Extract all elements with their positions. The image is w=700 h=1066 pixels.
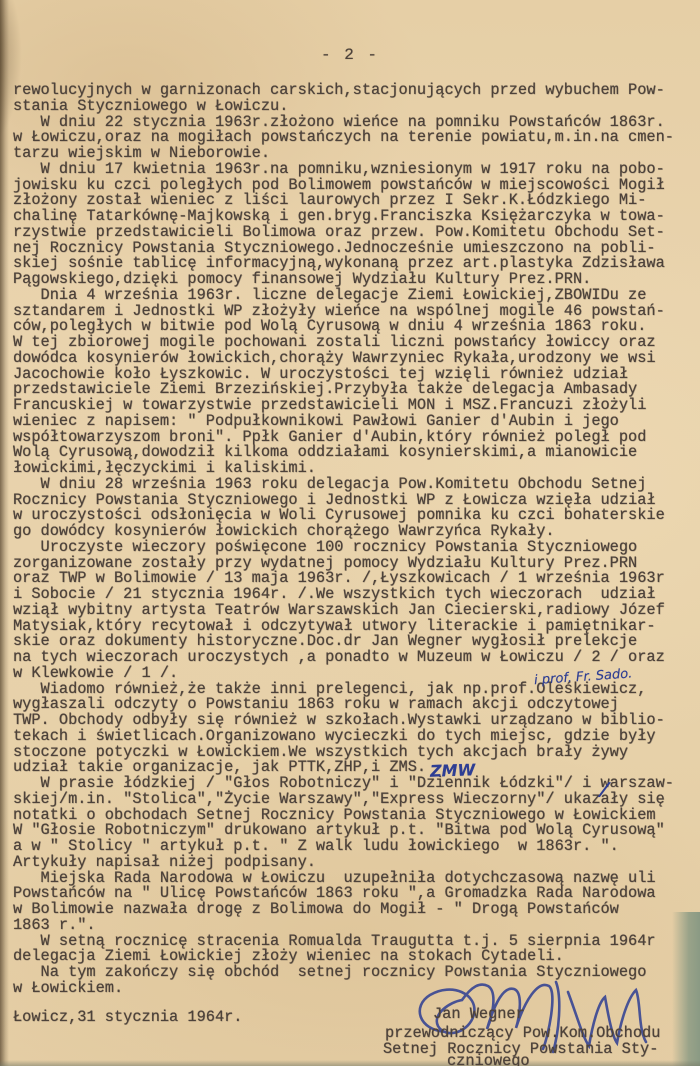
handwritten-org-addition: ZMW bbox=[430, 760, 476, 781]
scanned-document-page: - 2 - rewolucyjnych w garnizonach carski… bbox=[0, 0, 700, 1066]
page-number: - 2 - bbox=[0, 46, 700, 64]
place-and-date: Łowicz,31 stycznia 1964r. bbox=[13, 1008, 243, 1026]
signer-title-line3: czniowego bbox=[447, 1052, 530, 1066]
scan-edge-shadow-bottom bbox=[0, 1060, 700, 1066]
signer-name: Jan Wegner bbox=[433, 1005, 525, 1023]
typewritten-body-text: rewolucyjnych w garnizonach carskich,sta… bbox=[13, 83, 700, 997]
